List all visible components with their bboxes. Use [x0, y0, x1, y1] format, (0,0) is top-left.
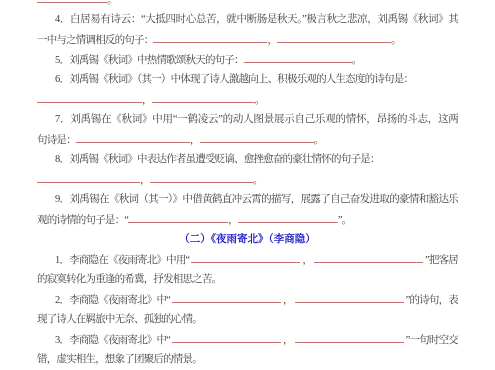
section-heading-label: （二）《夜雨寄北》（李商隐）: [179, 234, 316, 245]
answer-blank: [128, 210, 228, 223]
text-run: 4．白居易有诗云：“大抵四时心总苦，就中断肠是秋天。”极言秋之悲凉，刘禹锡《秋词…: [55, 14, 458, 25]
answer-blank: [238, 210, 338, 223]
document-page: 。4．白居易有诗云：“大抵四时心总苦，就中断肠是秋天。”极言秋之悲凉，刘禹锡《秋…: [0, 0, 495, 370]
answer-blank: [277, 30, 391, 43]
text-run: ，: [190, 135, 200, 146]
document-line: 的寂寞转化为重逢的希冀，抒发相思之苦。: [37, 270, 458, 290]
text-run: ”一句时空交: [406, 331, 458, 350]
text-run: 的寂寞转化为重逢的希冀，抒发相思之苦。: [37, 274, 221, 285]
text-run: 9．刘禹锡在《秋词（其一）》中借黄鹤直冲云霄的描写，展露了自己奋发进取的豪情和豁…: [55, 194, 458, 205]
text-run: 一中与之情调相反的句子：: [37, 35, 153, 46]
text-run: 。: [391, 35, 401, 46]
text-run: 现了诗人在羁旅中无奈、孤独的心情。: [37, 314, 202, 325]
answer-blank: [295, 330, 404, 343]
text-run: ，: [302, 251, 312, 270]
document-line: 句诗是：，。: [37, 130, 458, 150]
text-run: 2．李商隐《夜雨寄北》中“: [55, 291, 170, 310]
answer-blank: [172, 290, 281, 303]
text-run: 3．李商隐《夜雨寄北》中“: [55, 331, 170, 350]
document-line: 7．刘禹锡在《秋词》中用“一鹤凌云”的动人图景展示自己乐观的情怀，昂扬的斗志，这…: [37, 110, 458, 130]
answer-blank: [76, 130, 190, 143]
document-line: ，。: [37, 170, 458, 190]
text-run: ，: [283, 291, 293, 310]
text-run: ，: [283, 331, 293, 350]
text-run: ，: [267, 35, 277, 46]
text-run: ”。: [338, 215, 352, 226]
text-run: ，: [142, 95, 152, 106]
document-line: 2．李商隐《夜雨寄北》中“，”的诗句，表: [37, 290, 458, 310]
text-run: 观的诗情的句子是：“: [37, 215, 128, 226]
document-line: 8．刘禹锡《秋词》中表达作者虽遭受贬谪、愈挫愈奋的豪壮情怀的句子是：: [37, 150, 458, 170]
section-heading: （二）《夜雨寄北》（李商隐）: [37, 230, 458, 250]
text-run: 7．刘禹锡在《秋词》中用“一鹤凌云”的动人图景展示自己乐观的情怀，昂扬的斗志，这…: [55, 114, 458, 125]
answer-blank: [153, 30, 267, 43]
text-run: 1．李商隐在《夜雨寄北》中用“: [55, 251, 189, 270]
document-line: 5．刘禹锡《秋词》中热情歌颂秋天的句子：。: [37, 50, 458, 70]
text-run: 。: [107, 0, 117, 6]
text-run: 。: [255, 95, 265, 106]
answer-blank: [191, 250, 300, 263]
document-line: 3．李商隐《夜雨寄北》中“，”一句时空交: [37, 330, 458, 350]
document-line: 错，虚实相生，想象了团聚后的情景。: [37, 350, 458, 370]
text-run: 句诗是：: [37, 135, 76, 146]
answer-blank: [172, 330, 281, 343]
document-line: 4．白居易有诗云：“大抵四时心总苦，就中断肠是秋天。”极言秋之悲凉，刘禹锡《秋词…: [37, 10, 458, 30]
text-run: 6．刘禹锡《秋词》（其一）中体现了诗人激越向上、积极乐观的人生态度的诗句是：: [55, 74, 413, 85]
document-line: 1．李商隐在《夜雨寄北》中用“，”把客居: [37, 250, 458, 270]
document-line: ，。: [37, 90, 458, 110]
document-line: 现了诗人在羁旅中无奈、孤独的心情。: [37, 310, 458, 330]
answer-blank: [244, 50, 352, 63]
answer-blank: [295, 290, 404, 303]
text-run: ”把客居: [425, 251, 458, 270]
text-run: ，: [228, 215, 238, 226]
text-run: 。: [253, 175, 263, 186]
text-run: 8．刘禹锡《秋词》中表达作者虽遭受贬谪、愈挫愈奋的豪壮情怀的句子是：: [55, 154, 380, 165]
text-run: ”的诗句，表: [406, 291, 458, 310]
document-line: 6．刘禹锡《秋词》（其一）中体现了诗人激越向上、积极乐观的人生态度的诗句是：: [37, 70, 458, 90]
answer-blank: [152, 90, 255, 103]
answer-blank: [37, 0, 107, 3]
text-run: 。: [314, 135, 324, 146]
document-line: 观的诗情的句子是：“，”。: [37, 210, 458, 230]
text-run: ，: [140, 175, 150, 186]
text-run: 5．刘禹锡《秋词》中热情歌颂秋天的句子：: [55, 55, 244, 66]
answer-blank: [37, 90, 142, 103]
answer-blank: [314, 250, 423, 263]
answer-blank: [37, 170, 140, 183]
answer-blank: [200, 130, 314, 143]
text-run: 。: [352, 55, 362, 66]
answer-blank: [150, 170, 253, 183]
worksheet-text-block: 。4．白居易有诗云：“大抵四时心总苦，就中断肠是秋天。”极言秋之悲凉，刘禹锡《秋…: [37, 0, 458, 370]
document-line: 。: [37, 0, 458, 10]
text-run: 错，虚实相生，想象了团聚后的情景。: [37, 354, 202, 365]
document-line: 9．刘禹锡在《秋词（其一）》中借黄鹤直冲云霄的描写，展露了自己奋发进取的豪情和豁…: [37, 190, 458, 210]
document-line: 一中与之情调相反的句子：，。: [37, 30, 458, 50]
